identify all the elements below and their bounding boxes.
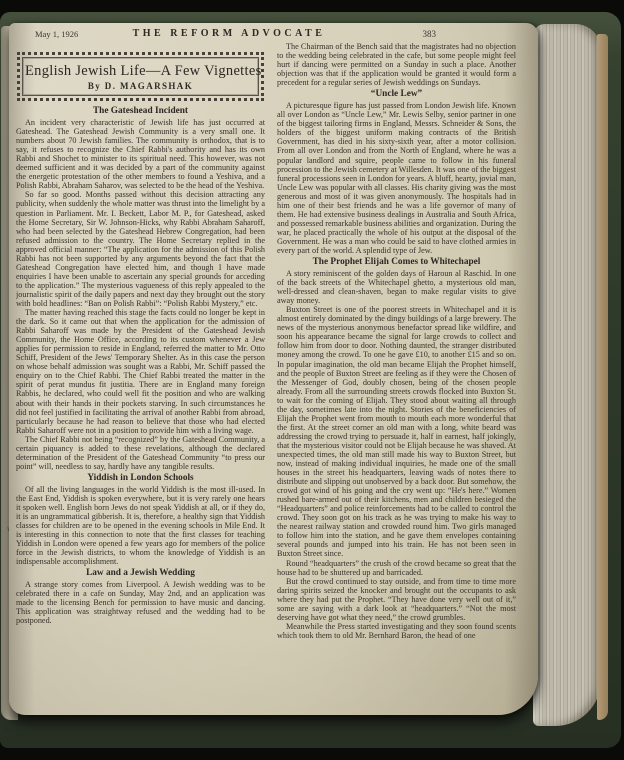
page-number: 383 — [423, 29, 437, 39]
article-title-box: English Jewish Life—A Few Vignettes By D… — [17, 52, 264, 101]
left-column: English Jewish Life—A Few Vignettes By D… — [16, 50, 265, 712]
section-heading-elijah: The Prophet Elijah Comes to Whitechapel — [277, 257, 516, 267]
paragraph: Round “headquarters” the crush of the cr… — [277, 559, 516, 577]
paragraph: The matter having reached this stage the… — [16, 308, 265, 435]
scanned-book-photo: S w ' May 1, 1926 THE REFORM ADVOCATE 38… — [0, 0, 624, 760]
paragraph: But the crowd continued to stay outside,… — [277, 577, 516, 622]
paragraph: The Chief Rabbi not being “recognized” b… — [16, 435, 265, 471]
paragraph: Buxton Street is one of the poorest stre… — [277, 305, 516, 558]
section-heading-uncle-lew: “Uncle Lew” — [277, 89, 516, 99]
paragraph: So far so good. Months passed without th… — [16, 190, 265, 308]
paragraph: Of all the living languages in the world… — [16, 485, 265, 566]
section-heading-wedding: Law and a Jewish Wedding — [16, 568, 265, 578]
section-heading-gateshead: The Gateshead Incident — [16, 106, 265, 116]
paragraph: An incident very characteristic of Jewis… — [16, 118, 265, 190]
paragraph: A picturesque figure has just passed fro… — [277, 101, 516, 255]
paragraph: The Chairman of the Bench said that the … — [277, 42, 516, 87]
paragraph: A strange story comes from Liverpool. A … — [16, 580, 265, 625]
section-heading-yiddish: Yiddish in London Schools — [16, 473, 265, 483]
article-byline: By D. MAGARSHAK — [25, 82, 256, 91]
magazine-page: May 1, 1926 THE REFORM ADVOCATE 383 Engl… — [9, 23, 538, 715]
fore-edge-page-stack — [533, 24, 601, 726]
paragraph: A story reminiscent of the golden days o… — [277, 269, 516, 305]
journal-title: THE REFORM ADVOCATE — [64, 28, 394, 39]
binding-edge-strip — [597, 34, 608, 720]
article-title: English Jewish Life—A Few Vignettes — [25, 63, 256, 79]
paragraph: Meanwhile the Press started investigatin… — [277, 622, 516, 640]
article-title-box-inner: English Jewish Life—A Few Vignettes By D… — [22, 57, 259, 96]
right-column: The Chairman of the Bench said that the … — [277, 42, 516, 710]
